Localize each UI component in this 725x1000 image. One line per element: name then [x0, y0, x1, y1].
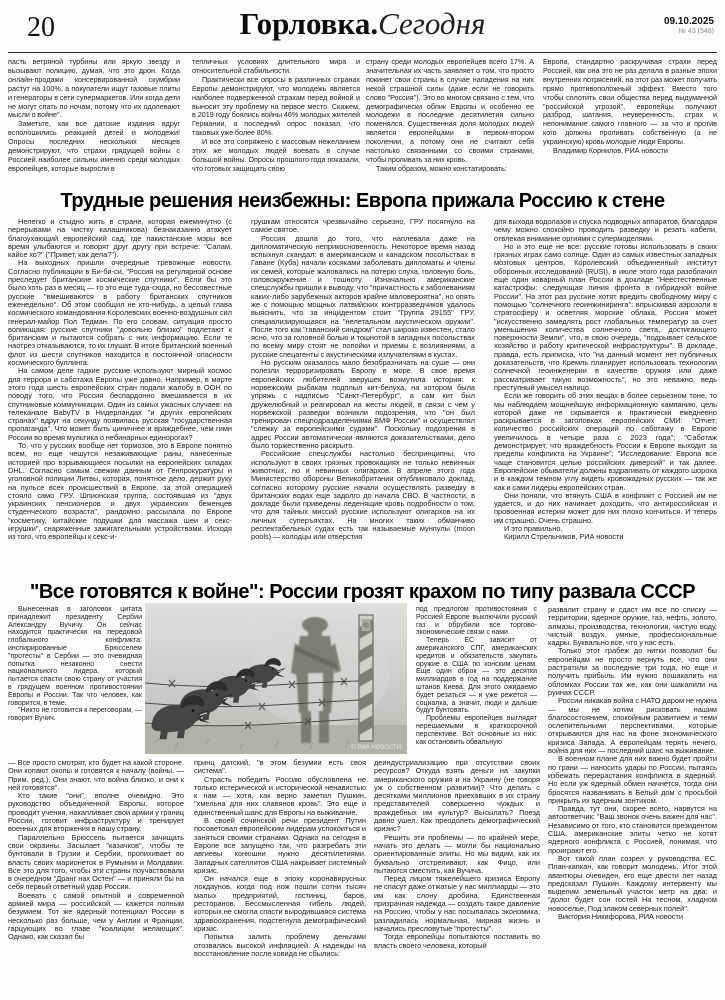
- war-cartoon-illustration: © РИА НОВОСТИ: [145, 603, 407, 754]
- paragraph: для выхода водолазов и спуска подводных …: [494, 218, 717, 243]
- paragraph: Вот такой план созрел у руководства ЕС. …: [548, 855, 717, 913]
- paragraph: Владимир Корнилов, РИА новости: [543, 147, 717, 156]
- paragraph: деиндустриализацию при отсутствии своих …: [374, 759, 540, 834]
- masthead: Горловка.Сегодня: [0, 6, 725, 42]
- paragraph: Перед лицом тяжелейшего кризиса Европу н…: [374, 875, 540, 933]
- bottom-article-col-1-bottom: — Все просто смотрят, кто будет на какой…: [8, 759, 184, 987]
- paragraph: Российские спецслужбы настолько беспринц…: [251, 450, 475, 541]
- issue-number: № 43 (548): [664, 28, 714, 36]
- paragraph: Решить эти проблемы — по крайней мере, н…: [374, 834, 540, 875]
- paragraph: Правда, тут они, скорее всего, нарвутся …: [548, 805, 717, 855]
- paragraph: В своей сочинской речи президент Путин п…: [194, 817, 366, 875]
- paragraph: Россия дошла до того, что наплевала даже…: [251, 235, 475, 359]
- paragraph: Европа, стандартно раскручивая страхи пе…: [543, 58, 717, 147]
- top-article-col-1: пасть ветряной турбины или яркую звезду …: [8, 58, 180, 200]
- paragraph: тепличных условиях длительного мира и от…: [192, 58, 360, 76]
- bottom-article-col-3-bottom: деиндустриализацию при отсутствии своих …: [374, 759, 540, 987]
- paragraph: Тогда европейцы попытаются поставить во …: [374, 933, 540, 950]
- paragraph: Кирилл Стрельников, РИА новости: [494, 533, 717, 541]
- paragraph: грушкам относятся чрезвычайно серьезно, …: [251, 218, 475, 235]
- paragraph: Кто такие "они", вполне очевидно. Это ру…: [8, 792, 184, 833]
- paragraph: Только этот грабеж до нитки позволил бы …: [548, 647, 717, 697]
- bottom-article-col-4: развалит страну и сдаст им все по списку…: [548, 606, 717, 992]
- header-divider: [8, 52, 717, 53]
- paragraph: Попытка залить проблему деньгами отозвал…: [194, 933, 366, 958]
- paragraph: развалит страну и сдаст им все по списку…: [548, 606, 717, 647]
- border-post: [359, 615, 373, 741]
- middle-article-headline: Трудные решения неизбежны: Европа прижал…: [0, 190, 725, 213]
- paragraph: Страсть победить Россию обусловлена не т…: [194, 776, 366, 817]
- image-watermark: © РИА НОВОСТИ: [351, 744, 401, 751]
- paragraph: На самом деле гадкие русские используют …: [8, 367, 232, 442]
- paragraph: Если же говорить об этих вещах в более с…: [494, 392, 717, 492]
- paragraph: принц датский, "в этом безумии есть своя…: [194, 759, 366, 776]
- top-article-col-4: Европа, стандартно раскручивая страхи пе…: [543, 58, 717, 200]
- bottom-article-col-3-top: под предлогом противостояния с Россией Е…: [416, 606, 537, 755]
- top-article-col-2: тепличных условиях длительного мира и от…: [192, 58, 360, 200]
- paragraph: Они поняли, что втянуть США в конфликт с…: [494, 492, 717, 525]
- newspaper-page: 20 Горловка.Сегодня 09.10.2025 № 43 (548…: [0, 0, 725, 1000]
- bottom-article-col-1-top: Вынесенная в заголовок цитата принадлежи…: [8, 606, 142, 755]
- paragraph: — Все просто смотрят, кто будет на какой…: [8, 759, 184, 792]
- paragraph: В военном плане для них важно будет прой…: [548, 755, 717, 805]
- paragraph: "Никто не готовится к переговорам, — гов…: [8, 707, 142, 723]
- paragraph: Нелегко и стыдно жить в стране, которая …: [8, 218, 232, 259]
- bottom-article-headline: "Все готовятся к войне": России грозят к…: [0, 581, 725, 604]
- paragraph: Практически все опросы в различных стран…: [192, 76, 360, 138]
- middle-article-col-1: Нелегко и стыдно жить в стране, которая …: [8, 218, 232, 576]
- issue-date: 09.10.2025: [664, 16, 714, 28]
- issue-date-block: 09.10.2025 № 43 (548): [664, 16, 714, 36]
- paragraph: На выходных пришли очередные тревожные н…: [8, 259, 232, 367]
- bottom-article-col-2-bottom: принц датский, "в этом безумии есть своя…: [194, 759, 366, 987]
- paragraph: Виктория Никифорова, РИА новости: [548, 913, 717, 921]
- paragraph: То, что у русских вообще нет тормозов, э…: [8, 442, 232, 542]
- paragraph: пасть ветряной турбины или яркую звезду …: [8, 58, 180, 120]
- paragraph: Теперь ЕС зависит от американского СПГ, …: [416, 637, 537, 715]
- paragraph: Заметьте, как все датские издания вдруг …: [8, 120, 180, 173]
- cartoon-svg: © РИА НОВОСТИ: [145, 603, 407, 754]
- middle-article-col-3: для выхода водолазов и спуска подводных …: [494, 218, 717, 576]
- middle-article-col-2: грушкам относятся чрезвычайно серьезно, …: [251, 218, 475, 576]
- paragraph: Проблемы европейцев выглядят нерешаемыми…: [416, 715, 537, 746]
- paragraph: И все это сопряжено с массовым нежелание…: [192, 138, 360, 174]
- paragraph: Воевать с самой опытной и современной ар…: [8, 892, 184, 942]
- paragraph: Таким образом, можно констатировать:: [366, 165, 534, 174]
- paragraph: Но и это еще не все: русские готовы испо…: [494, 243, 717, 392]
- paragraph: под предлогом противостояния с Россией Е…: [416, 606, 537, 637]
- masthead-title-italic: Сегодня: [378, 6, 485, 41]
- paragraph: Вынесенная в заголовок цитата принадлежи…: [8, 606, 142, 707]
- paragraph: России никакая война с НАТО даром не нуж…: [548, 697, 717, 755]
- paragraph: Он начался еще в эпоху коронавирусных ло…: [194, 875, 366, 933]
- top-article-col-3: страну среди молодых европейцев всего 17…: [366, 58, 534, 200]
- paragraph: Параллельно Брюссель пытается зачищать с…: [8, 834, 184, 892]
- paragraph: Но русским оказалось мало безобразничать…: [251, 359, 475, 450]
- masthead-title-bold: Горловка.: [240, 6, 378, 41]
- paragraph: страну среди молодых европейцев всего 17…: [366, 58, 534, 165]
